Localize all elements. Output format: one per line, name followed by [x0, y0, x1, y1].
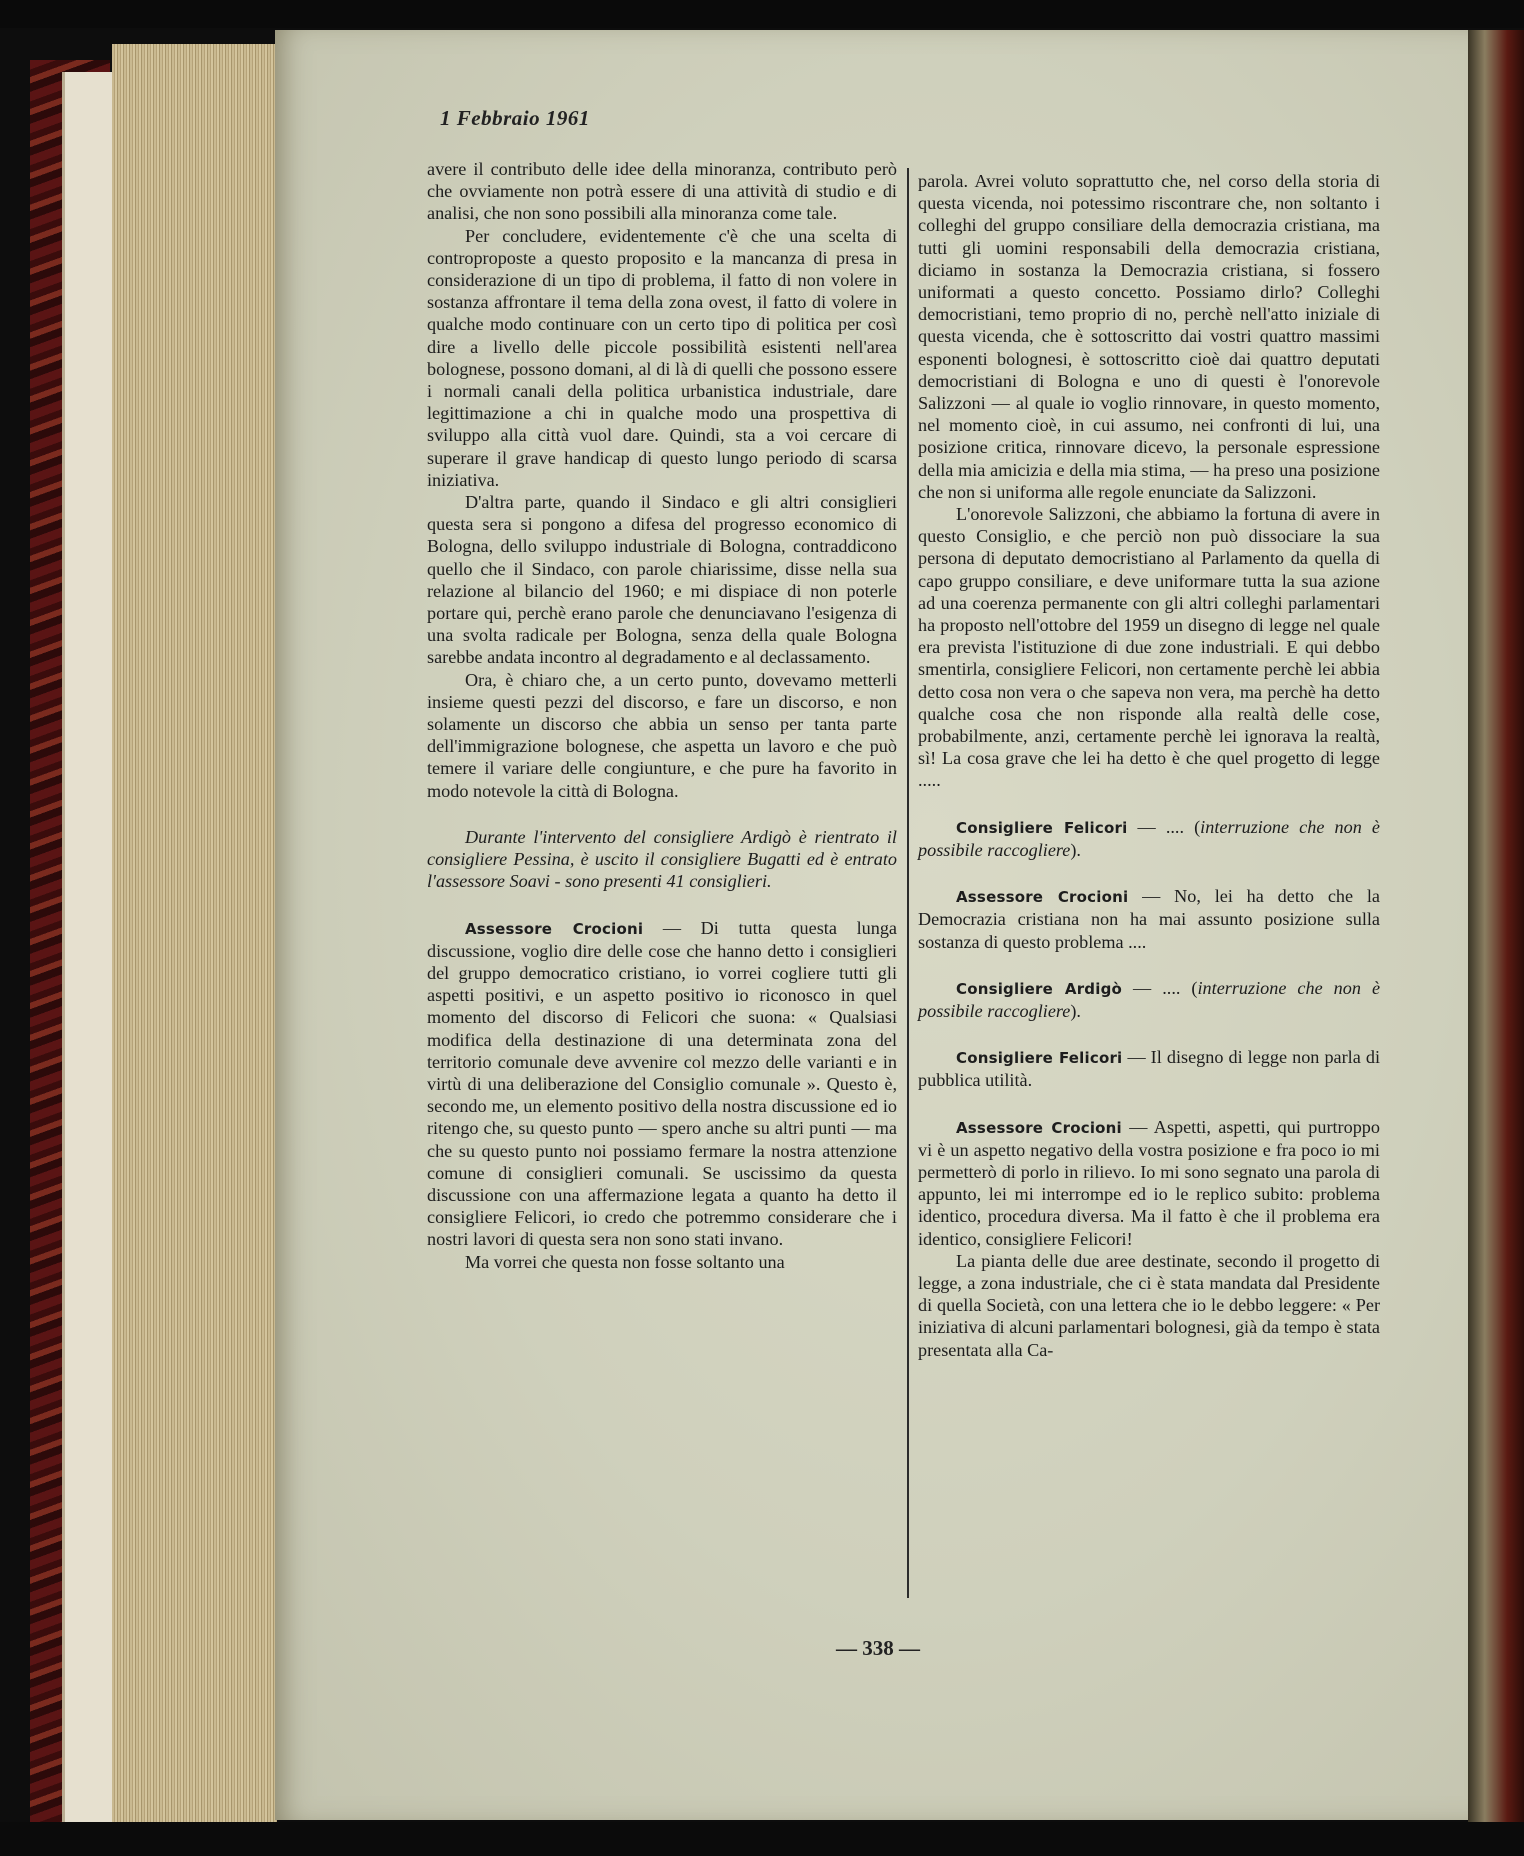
scan-border-bottom	[0, 1822, 1524, 1856]
paragraph: avere il contributo delle idee della min…	[427, 158, 897, 225]
speech-tail: ).	[1070, 840, 1081, 860]
running-head-date: 1 Febbraio 1961	[440, 106, 590, 131]
paragraph: Ora, è chiaro che, a un certo punto, dov…	[427, 669, 897, 802]
right-column: parola. Avrei voluto soprattutto che, ne…	[918, 170, 1380, 1361]
next-page-edge	[1468, 30, 1524, 1830]
exchange-crocioni-2: Assessore Crocioni — Aspetti, aspetti, q…	[918, 1116, 1380, 1250]
book-endpaper	[62, 72, 117, 1822]
paragraph: Per concludere, evidentemente c'è che un…	[427, 225, 897, 491]
speech-text: — .... (	[1122, 978, 1197, 998]
exchange-ardigo: Consigliere Ardigò — .... (interruzione …	[918, 977, 1380, 1022]
speaker-name: Assessore Crocioni	[956, 888, 1128, 906]
speech-text: — .... (	[1127, 817, 1200, 837]
paragraph: parola. Avrei voluto soprattutto che, ne…	[918, 170, 1380, 503]
exchange-crocioni-1: Assessore Crocioni — No, lei ha detto ch…	[918, 885, 1380, 953]
exchange-felicori-1: Consigliere Felicori — .... (interruzion…	[918, 816, 1380, 861]
column-divider	[907, 168, 909, 1598]
speaker-name: Assessore Crocioni	[465, 920, 643, 938]
page-edges-stack	[112, 44, 277, 1824]
procedural-note: Durante l'intervento del consigliere Ard…	[427, 826, 897, 893]
paragraph: D'altra parte, quando il Sindaco e gli a…	[427, 491, 897, 669]
speech-crocioni: Assessore Crocioni — Di tutta questa lun…	[427, 917, 897, 1251]
exchange-felicori-2: Consigliere Felicori — Il disegno di leg…	[918, 1046, 1380, 1091]
paragraph: La pianta delle due aree destinate, seco…	[918, 1250, 1380, 1361]
scan-border-top	[0, 0, 1524, 28]
speech-tail: ).	[1070, 1001, 1081, 1021]
speaker-name: Consigliere Ardigò	[956, 980, 1122, 998]
paragraph: Ma vorrei che questa non fosse soltanto …	[427, 1251, 897, 1273]
page-number: — 338 —	[836, 1636, 920, 1661]
left-column: avere il contributo delle idee della min…	[427, 158, 897, 1273]
speaker-name: Consigliere Felicori	[956, 819, 1127, 837]
speech-text: — Di tutta questa lunga discussione, vog…	[427, 918, 897, 1250]
paragraph: L'onorevole Salizzoni, che abbiamo la fo…	[918, 503, 1380, 792]
speaker-name: Assessore Crocioni	[956, 1119, 1122, 1137]
speaker-name: Consigliere Felicori	[956, 1049, 1122, 1067]
